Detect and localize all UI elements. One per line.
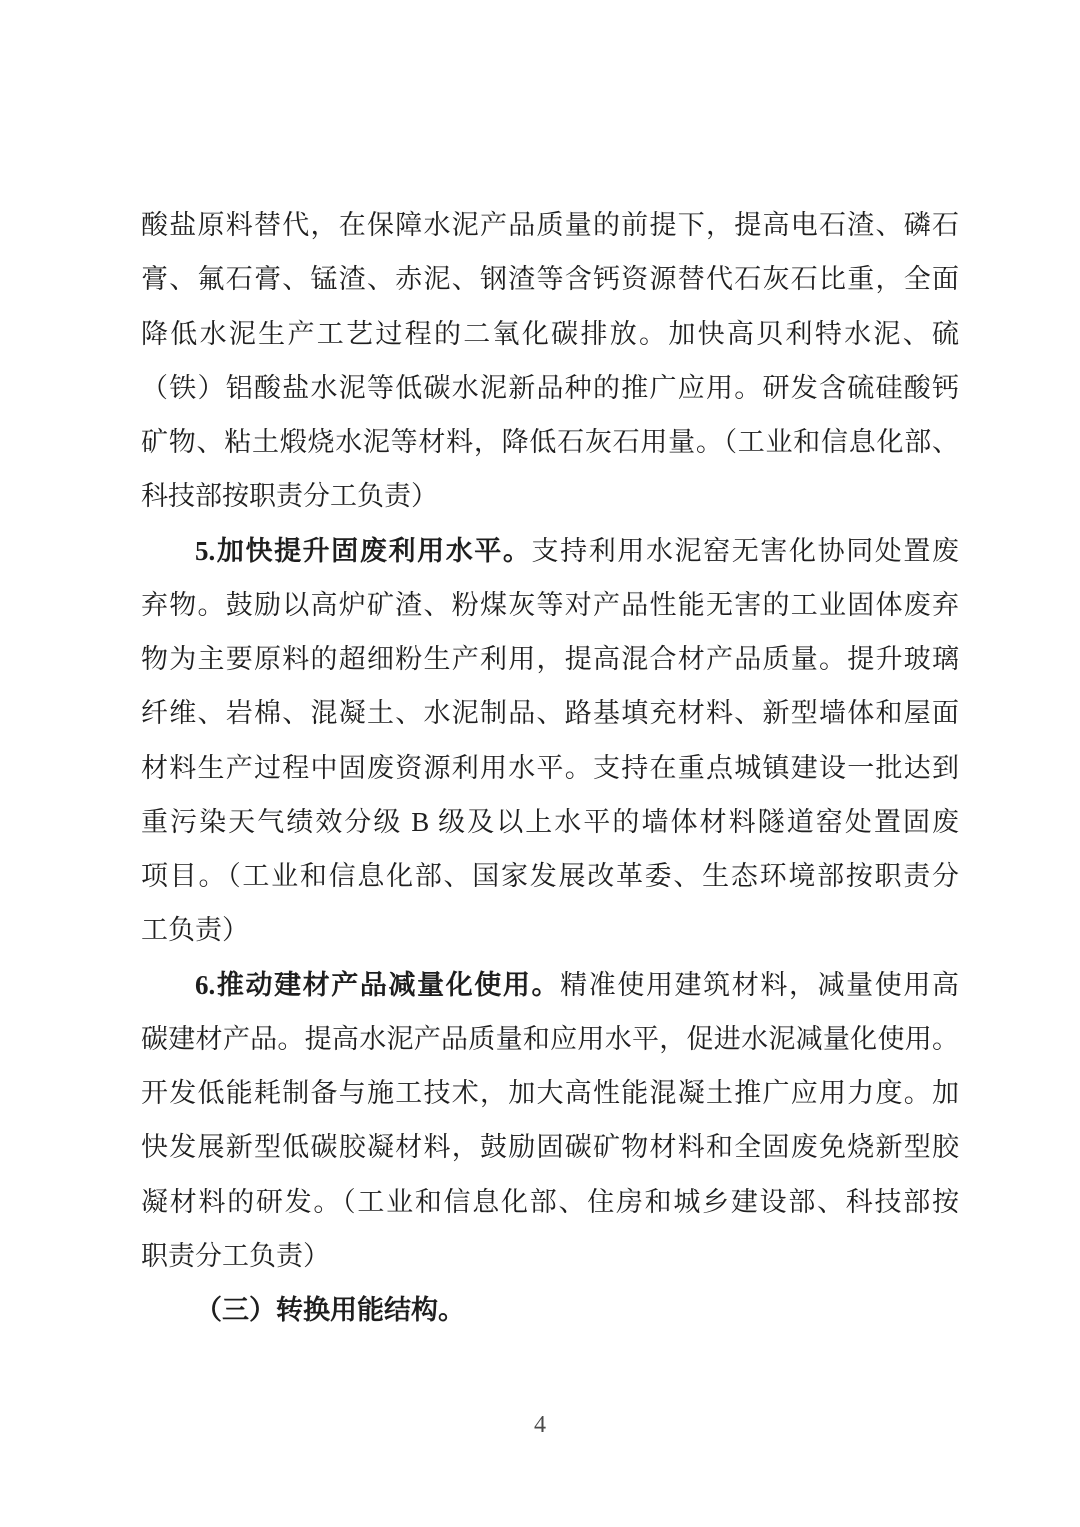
text-run: 精准使用建筑材料，减量使用高 bbox=[560, 970, 959, 1000]
text-run: 膏、氟石膏、锰渣、赤泥、钢渣等含钙资源替代石灰石比重，全面 bbox=[141, 264, 959, 294]
text-run: 纤维、岩棉、混凝土、水泥制品、路基填充材料、新型墙体和屋面 bbox=[141, 698, 959, 728]
bold-run: 5.加快提升固废利用水平。 bbox=[195, 536, 532, 566]
text-run: 酸盐原料替代，在保障水泥产品质量的前提下，提高电石渣、磷石 bbox=[141, 210, 959, 240]
text-line: 弃物。鼓励以高炉矿渣、粉煤灰等对产品性能无害的工业固体废弃 bbox=[141, 578, 959, 632]
text-line: 材料生产过程中固废资源利用水平。支持在重点城镇建设一批达到 bbox=[141, 741, 959, 795]
text-line: 矿物、粘土煅烧水泥等材料，降低石灰石用量。（工业和信息化部、 bbox=[141, 415, 959, 469]
text-line: 重污染天气绩效分级 B 级及以上水平的墙体材料隧道窑处置固废 bbox=[141, 795, 959, 849]
text-line: 科技部按职责分工负责） bbox=[141, 469, 959, 523]
text-run: 职责分工负责） bbox=[141, 1241, 330, 1271]
text-run: 快发展新型低碳胶凝材料，鼓励固碳矿物材料和全固废免烧新型胶 bbox=[141, 1132, 959, 1162]
document-page: 酸盐原料替代，在保障水泥产品质量的前提下，提高电石渣、磷石膏、氟石膏、锰渣、赤泥… bbox=[0, 0, 1080, 1527]
text-line: 开发低能耗制备与施工技术，加大高性能混凝土推广应用力度。加 bbox=[141, 1066, 959, 1120]
text-line: 物为主要原料的超细粉生产利用，提高混合材产品质量。提升玻璃 bbox=[141, 632, 959, 686]
text-run: 工负责） bbox=[141, 915, 249, 945]
text-run: 开发低能耗制备与施工技术，加大高性能混凝土推广应用力度。加 bbox=[141, 1078, 959, 1108]
text-run: 材料生产过程中固废资源利用水平。支持在重点城镇建设一批达到 bbox=[141, 753, 959, 783]
text-line: 5.加快提升固废利用水平。支持利用水泥窑无害化协同处置废 bbox=[141, 524, 959, 578]
text-line: 工负责） bbox=[141, 903, 959, 957]
text-line: 凝材料的研发。（工业和信息化部、住房和城乡建设部、科技部按 bbox=[141, 1175, 959, 1229]
text-line: 6.推动建材产品减量化使用。精准使用建筑材料，减量使用高 bbox=[141, 958, 959, 1012]
text-line: （三）转换用能结构。 bbox=[141, 1283, 959, 1337]
text-line: 项目。（工业和信息化部、国家发展改革委、生态环境部按职责分 bbox=[141, 849, 959, 903]
text-line: 纤维、岩棉、混凝土、水泥制品、路基填充材料、新型墙体和屋面 bbox=[141, 686, 959, 740]
text-run: 科技部按职责分工负责） bbox=[141, 481, 438, 511]
text-run: 降低水泥生产工艺过程的二氧化碳排放。加快高贝利特水泥、硫 bbox=[141, 319, 959, 349]
text-run: 凝材料的研发。（工业和信息化部、住房和城乡建设部、科技部按 bbox=[141, 1187, 959, 1217]
text-run: （铁）铝酸盐水泥等低碳水泥新品种的推广应用。研发含硫硅酸钙 bbox=[141, 373, 959, 403]
text-line: 碳建材产品。提高水泥产品质量和应用水平，促进水泥减量化使用。 bbox=[141, 1012, 959, 1066]
text-run: 项目。（工业和信息化部、国家发展改革委、生态环境部按职责分 bbox=[141, 861, 959, 891]
text-run: 弃物。鼓励以高炉矿渣、粉煤灰等对产品性能无害的工业固体废弃 bbox=[141, 590, 959, 620]
text-line: 降低水泥生产工艺过程的二氧化碳排放。加快高贝利特水泥、硫 bbox=[141, 307, 959, 361]
document-body: 酸盐原料替代，在保障水泥产品质量的前提下，提高电石渣、磷石膏、氟石膏、锰渣、赤泥… bbox=[141, 198, 959, 1337]
text-run: 碳建材产品。提高水泥产品质量和应用水平，促进水泥减量化使用。 bbox=[141, 1024, 959, 1054]
text-run: 支持利用水泥窑无害化协同处置废 bbox=[532, 536, 959, 566]
text-run: 矿物、粘土煅烧水泥等材料，降低石灰石用量。（工业和信息化部、 bbox=[141, 427, 959, 457]
text-line: （铁）铝酸盐水泥等低碳水泥新品种的推广应用。研发含硫硅酸钙 bbox=[141, 361, 959, 415]
text-run: 重污染天气绩效分级 B 级及以上水平的墙体材料隧道窑处置固废 bbox=[141, 807, 959, 837]
page-number: 4 bbox=[0, 1410, 1080, 1440]
bold-run: 6.推动建材产品减量化使用。 bbox=[195, 970, 560, 1000]
text-line: 职责分工负责） bbox=[141, 1229, 959, 1283]
text-line: 酸盐原料替代，在保障水泥产品质量的前提下，提高电石渣、磷石 bbox=[141, 198, 959, 252]
bold-run: （三）转换用能结构。 bbox=[195, 1295, 465, 1325]
text-run: 物为主要原料的超细粉生产利用，提高混合材产品质量。提升玻璃 bbox=[141, 644, 959, 674]
text-line: 快发展新型低碳胶凝材料，鼓励固碳矿物材料和全固废免烧新型胶 bbox=[141, 1120, 959, 1174]
text-line: 膏、氟石膏、锰渣、赤泥、钢渣等含钙资源替代石灰石比重，全面 bbox=[141, 252, 959, 306]
